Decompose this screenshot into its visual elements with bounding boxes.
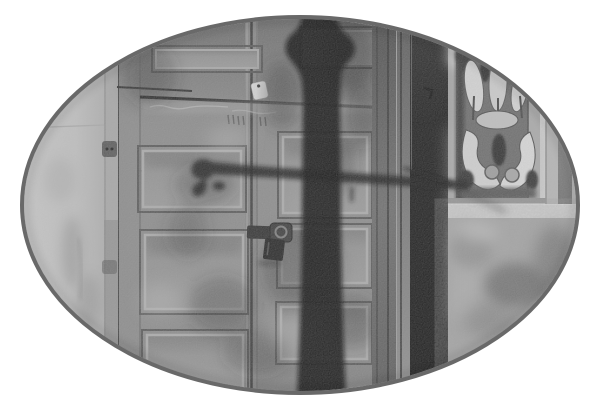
film-grain-overlay xyxy=(0,0,600,411)
photo-card xyxy=(0,0,600,411)
bw-door-photograph xyxy=(0,0,600,411)
oval-photo-frame xyxy=(0,0,600,411)
